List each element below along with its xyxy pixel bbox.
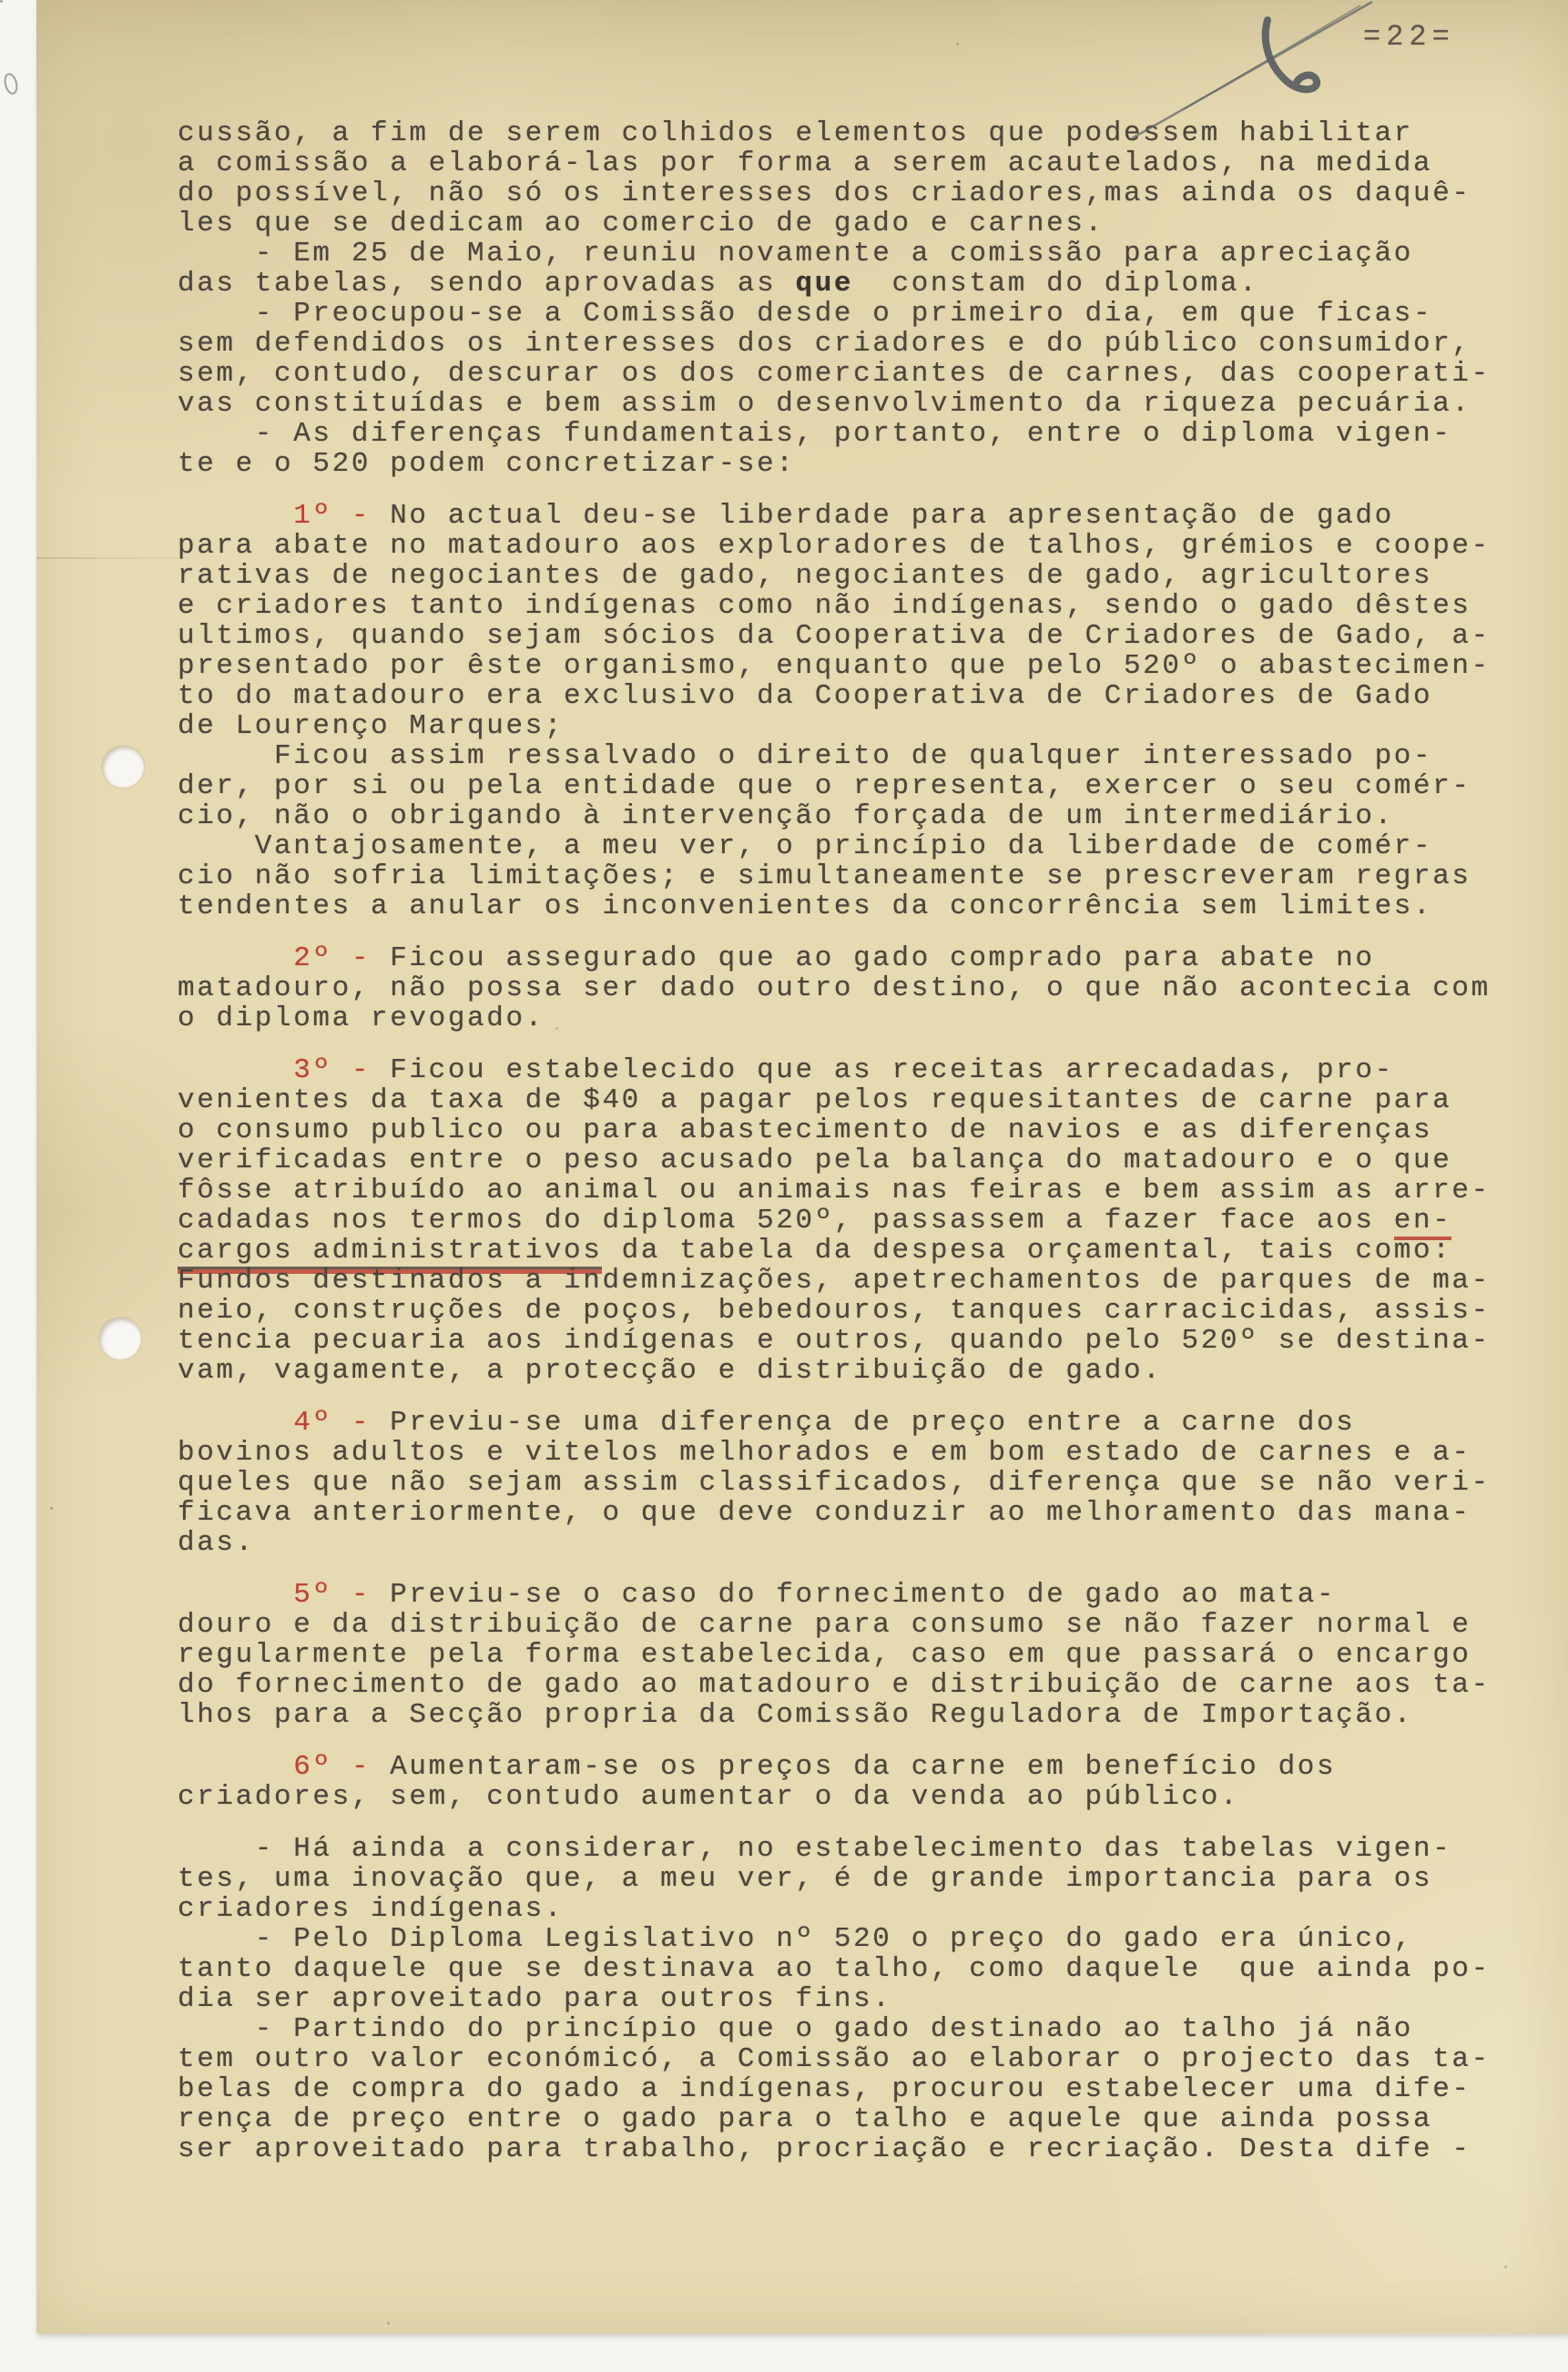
text-line: tes, uma inovação que, a meu ver, é de g… [178, 1864, 1491, 1894]
text-line: tendentes a anular os inconvenientes da … [178, 891, 1491, 921]
text-segment: fôsse atribuído ao animal ou animais nas… [178, 1175, 1491, 1206]
text-segment: rativas de negociantes de gado, negocian… [178, 560, 1432, 592]
text-segment: belas de compra do gado a indígenas, pro… [178, 2073, 1471, 2105]
paragraph-number-red: 5º - [293, 1579, 371, 1611]
text-segment: neio, construções de poços, bebedouros, … [178, 1295, 1491, 1327]
text-segment: regularmente pela forma estabelecida, ca… [178, 1639, 1471, 1671]
text-line: sem, contudo, descurar os dos comerciant… [178, 359, 1491, 389]
text-segment: les que se dedicam ao comercio de gado e… [178, 208, 1105, 239]
text-line: regularmente pela forma estabelecida, ca… [178, 1640, 1491, 1670]
text-segment: criadores indígenas. [178, 1893, 564, 1925]
text-line: do fornecimento de gado ao matadouro e d… [178, 1670, 1491, 1700]
text-segment: sem defendidos os interesses dos criador… [178, 328, 1471, 360]
text-line: 4º - Previu-se uma diferença de preço en… [178, 1408, 1491, 1438]
text-line: vam, vagamente, a protecção e distribuiç… [178, 1356, 1491, 1386]
text-segment: douro e da distribuição de carne para co… [178, 1609, 1471, 1641]
scan-background: { "page": { "number": "=22=" }, "colors"… [0, 0, 1568, 2372]
text-line: o consumo publico ou para abastecimento … [178, 1115, 1491, 1145]
text-segment: ficava anteriormente, o que deve conduzi… [178, 1497, 1471, 1529]
text-segment [178, 1407, 293, 1439]
text-line: lhos para a Secção propria da Comissão R… [178, 1700, 1491, 1730]
text-line: Fundos destinados a indemnizações, apetr… [178, 1266, 1491, 1296]
text-line: - Pelo Diploma Legislativo nº 520 o preç… [178, 1924, 1491, 1954]
text-line: de Lourenço Marques; [178, 711, 1491, 741]
text-line: cio, não o obrigando à intervenção força… [178, 801, 1491, 831]
text-line: cio não sofria limitações; e simultaneam… [178, 861, 1491, 891]
page-number: =22= [1363, 20, 1455, 54]
text-segment: - As diferenças fundamentais, portanto, … [178, 418, 1451, 450]
text-segment: cussão, a fim de serem colhidos elemento… [178, 117, 1413, 149]
text-line: 6º - Aumentaram-se os preços da carne em… [178, 1752, 1491, 1782]
text-line: queles que não sejam assim classificados… [178, 1468, 1491, 1498]
text-segment: de Lourenço Marques; [178, 710, 564, 742]
text-line: - Partindo do princípio que o gado desti… [178, 2014, 1491, 2044]
text-line: bovinos adultos e vitelos melhorados e e… [178, 1438, 1491, 1468]
text-segment: No actual deu-se liberdade para apresent… [371, 500, 1394, 532]
text-segment [178, 1054, 293, 1086]
text-line: para abate no matadouro aos exploradores… [178, 531, 1491, 561]
text-line: fôsse atribuído ao animal ou animais nas… [178, 1176, 1491, 1206]
text-line: neio, construções de poços, bebedouros, … [178, 1296, 1491, 1326]
text-line: dia ser aproveitado para outros fins. [178, 1984, 1491, 2014]
text-line: vas constituídas e bem assim o desenvolv… [178, 389, 1491, 419]
text-line: e criadores tanto indígenas como não ind… [178, 591, 1491, 621]
text-segment: cio não sofria limitações; e simultaneam… [178, 860, 1471, 892]
text-segment: vas constituídas e bem assim o desenvolv… [178, 388, 1471, 420]
text-segment: rença de preço entre o gado para o talho… [178, 2103, 1432, 2135]
text-segment: do fornecimento de gado ao matadouro e d… [178, 1669, 1491, 1701]
text-line: cargos administrativos da tabela da desp… [178, 1236, 1491, 1266]
text-segment: da tabela da despesa orçamental, tais co… [602, 1235, 1451, 1267]
text-line: venientes da taxa de $40 a pagar pelos r… [178, 1085, 1491, 1115]
text-segment [178, 942, 293, 974]
text-segment: Ficou estabelecido que as receitas arrec… [371, 1054, 1394, 1086]
text-line: 3º - Ficou estabelecido que as receitas … [178, 1055, 1491, 1085]
text-line: te e o 520 podem concretizar-se: [178, 449, 1491, 479]
text-line: - Há ainda a considerar, no estabelecime… [178, 1834, 1491, 1864]
text-line: douro e da distribuição de carne para co… [178, 1610, 1491, 1640]
text-segment: que [796, 268, 854, 300]
text-line: a comissão a elaborá-las por forma a ser… [178, 148, 1491, 178]
text-segment: matadouro, não possa ser dado outro dest… [178, 972, 1491, 1004]
text-segment: Ficou assim ressalvado o direito de qual… [178, 740, 1432, 772]
text-line: 5º - Previu-se o caso do fornecimento de… [178, 1580, 1491, 1610]
text-segment: cio, não o obrigando à intervenção força… [178, 800, 1394, 832]
text-segment [178, 500, 293, 532]
text-line: verificadas entre o peso acusado pela ba… [178, 1145, 1491, 1176]
paragraph-number-red: 3º - [293, 1054, 371, 1086]
text-segment: das tabelas, sendo aprovadas as [178, 268, 796, 300]
text-segment: vam, vagamente, a protecção e distribuiç… [178, 1355, 1162, 1387]
text-segment: - Em 25 de Maio, reuniu novamente a comi… [178, 238, 1413, 270]
punch-hole [102, 746, 144, 788]
paragraph-number-red: 1º - [293, 500, 371, 532]
text-line: - Preocupou-se a Comissão desde o primei… [178, 299, 1491, 329]
text-line: o diploma revogado. [178, 1003, 1491, 1033]
text-segment: a comissão a elaborá-las por forma a ser… [178, 148, 1432, 179]
text-segment: Ficou assegurado que ao gado comprado pa… [371, 942, 1375, 974]
text-line: criadores, sem, contudo aumentar o da ve… [178, 1782, 1491, 1812]
text-line: criadores indígenas. [178, 1894, 1491, 1924]
text-line: - Em 25 de Maio, reuniu novamente a comi… [178, 239, 1491, 269]
text-segment: Previu-se uma diferença de preço entre a… [371, 1407, 1355, 1439]
text-line: matadouro, não possa ser dado outro dest… [178, 973, 1491, 1003]
text-segment: tencia pecuaria aos indígenas e outros, … [178, 1325, 1491, 1357]
text-line: to do matadouro era exclusivo da Coopera… [178, 681, 1491, 711]
text-line: ultimos, quando sejam sócios da Cooperat… [178, 621, 1491, 651]
text-segment: ultimos, quando sejam sócios da Cooperat… [178, 620, 1491, 652]
text-line: tencia pecuaria aos indígenas e outros, … [178, 1326, 1491, 1356]
text-line: rença de preço entre o gado para o talho… [178, 2104, 1491, 2134]
text-line: 1º - No actual deu-se liberdade para apr… [178, 501, 1491, 531]
paragraph-number-red: 4º - [293, 1407, 371, 1439]
text-line: ser aproveitado para trabalho, procriaçã… [178, 2134, 1491, 2164]
text-segment: para abate no matadouro aos exploradores… [178, 530, 1491, 562]
text-segment: - Partindo do princípio que o gado desti… [178, 2013, 1413, 2045]
text-segment: verificadas entre o peso acusado pela ba… [178, 1145, 1451, 1176]
text-segment: tem outro valor económicó, a Comissão ao… [178, 2043, 1491, 2075]
text-line: tanto daquele que se destinava ao talho,… [178, 1954, 1491, 1984]
text-segment [178, 1751, 293, 1783]
pencil-mark-left [4, 73, 19, 95]
text-segment: sem, contudo, descurar os dos comerciant… [178, 358, 1491, 390]
document-text: cussão, a fim de serem colhidos elemento… [178, 118, 1491, 2164]
text-segment: criadores, sem, contudo aumentar o da ve… [178, 1781, 1239, 1813]
text-segment: Fundos destinados a indemnizações, apetr… [178, 1265, 1491, 1297]
text-line: cadadas nos termos do diploma 520º, pass… [178, 1206, 1491, 1236]
text-segment: - Há ainda a considerar, no estabelecime… [178, 1833, 1451, 1865]
text-segment: Vantajosamente, a meu ver, o princípio d… [178, 830, 1432, 862]
text-line: belas de compra do gado a indígenas, pro… [178, 2074, 1491, 2104]
text-segment: tanto daquele que se destinava ao talho,… [178, 1953, 1491, 1985]
text-line: do possível, não só os interesses dos cr… [178, 178, 1491, 209]
text-segment: lhos para a Secção propria da Comissão R… [178, 1699, 1413, 1731]
text-segment: to do matadouro era exclusivo da Coopera… [178, 680, 1432, 712]
text-segment: cadadas nos termos do diploma 520º, pass… [178, 1205, 1394, 1237]
text-segment: presentado por êste organismo, enquanto … [178, 650, 1491, 682]
text-line: - As diferenças fundamentais, portanto, … [178, 419, 1491, 449]
text-line: das. [178, 1528, 1491, 1558]
text-segment: o diploma revogado. [178, 1003, 545, 1034]
text-segment: tendentes a anular os inconvenientes da … [178, 891, 1432, 922]
text-line: sem defendidos os interesses dos criador… [178, 329, 1491, 359]
text-segment: queles que não sejam assim classificados… [178, 1467, 1491, 1499]
text-segment: venientes da taxa de $40 a pagar pelos r… [178, 1084, 1451, 1116]
text-segment: - Pelo Diploma Legislativo nº 520 o preç… [178, 1923, 1413, 1955]
text-segment: bovinos adultos e vitelos melhorados e e… [178, 1437, 1471, 1469]
text-line: Vantajosamente, a meu ver, o princípio d… [178, 831, 1491, 861]
text-line: 2º - Ficou assegurado que ao gado compra… [178, 943, 1491, 973]
text-line: der, por si ou pela entidade que o repre… [178, 771, 1491, 801]
paragraph-number-red: 2º - [293, 942, 371, 974]
text-segment [178, 1579, 293, 1611]
text-line: rativas de negociantes de gado, negocian… [178, 561, 1491, 591]
text-segment: te e o 520 podem concretizar-se: [178, 448, 796, 480]
text-segment: Aumentaram-se os preços da carne em bene… [371, 1751, 1336, 1783]
paper-specks [0, 0, 3, 3]
text-segment: dia ser aproveitado para outros fins. [178, 1983, 892, 2015]
text-segment: der, por si ou pela entidade que o repre… [178, 770, 1471, 802]
punch-hole [99, 1318, 141, 1359]
text-segment: tes, uma inovação que, a meu ver, é de g… [178, 1863, 1432, 1895]
text-segment: o consumo publico ou para abastecimento … [178, 1115, 1432, 1146]
text-segment: constam do diploma. [853, 268, 1258, 300]
text-segment: Previu-se o caso do fornecimento de gado… [371, 1579, 1336, 1611]
text-segment: - Preocupou-se a Comissão desde o primei… [178, 298, 1432, 330]
text-segment: do possível, não só os interesses dos cr… [178, 178, 1471, 209]
text-segment: e criadores tanto indígenas como não ind… [178, 590, 1471, 622]
text-segment: ser aproveitado para trabalho, procriaçã… [178, 2133, 1471, 2165]
paragraph-number-red: 6º - [293, 1751, 371, 1783]
text-line: tem outro valor económicó, a Comissão ao… [178, 2044, 1491, 2074]
text-line: das tabelas, sendo aprovadas as que cons… [178, 269, 1491, 299]
text-line: ficava anteriormente, o que deve conduzi… [178, 1498, 1491, 1528]
text-line: Ficou assim ressalvado o direito de qual… [178, 741, 1491, 771]
text-line: les que se dedicam ao comercio de gado e… [178, 209, 1491, 239]
text-line: presentado por êste organismo, enquanto … [178, 651, 1491, 681]
text-line: cussão, a fim de serem colhidos elemento… [178, 118, 1491, 148]
text-segment: das. [178, 1527, 255, 1559]
